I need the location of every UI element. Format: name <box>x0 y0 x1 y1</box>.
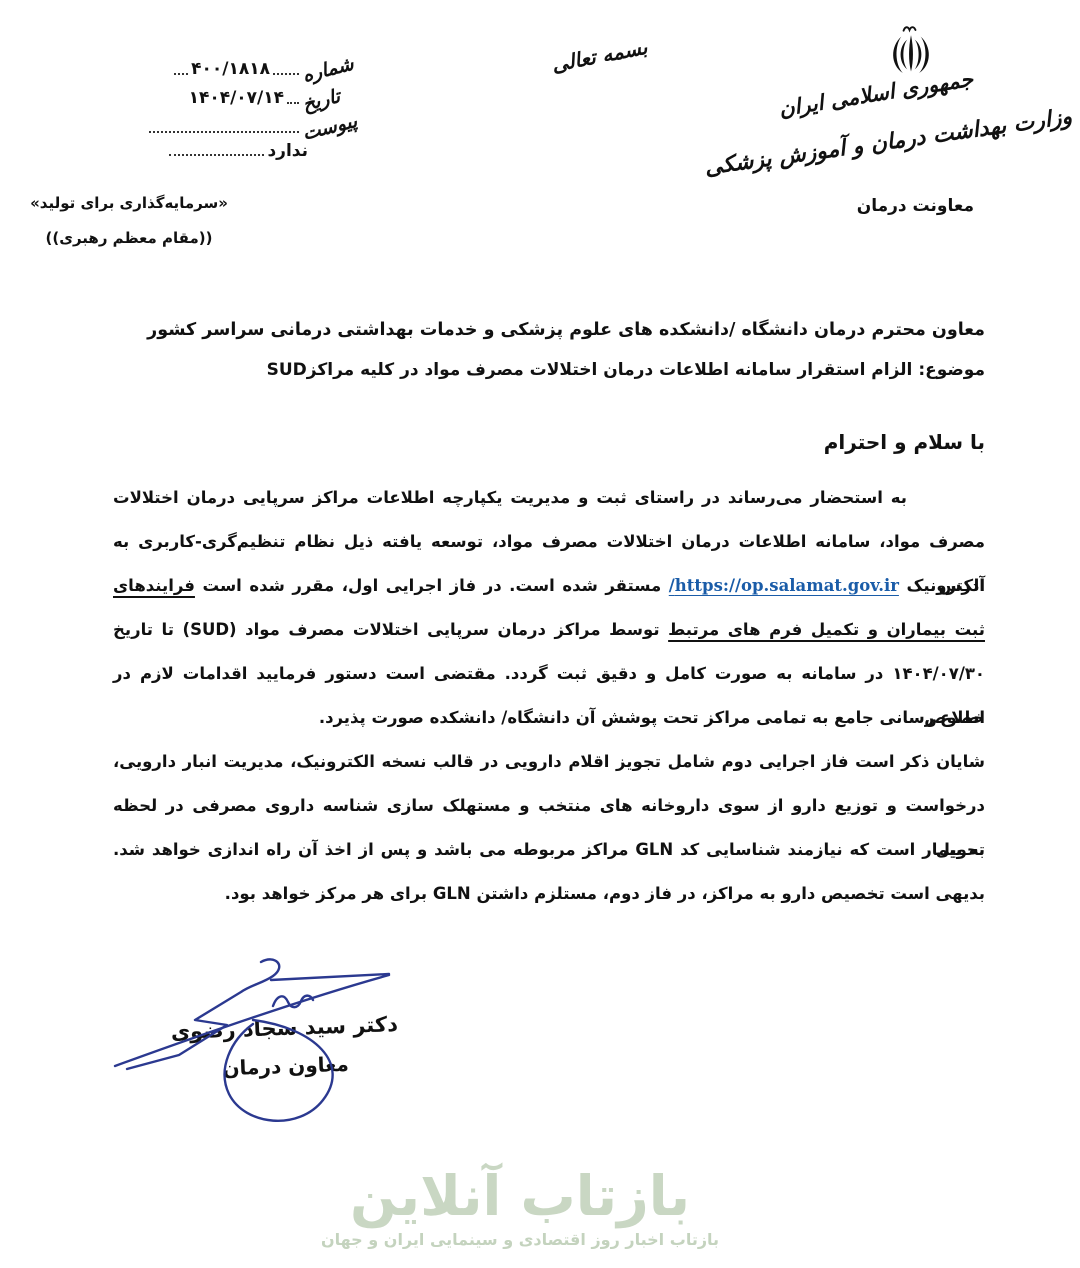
body-text-run: الکترونیک <box>899 576 985 595</box>
letter-number-value: ۴۰۰/۱۸۱۸ <box>191 59 270 79</box>
underlined-phrase: فرایندهای <box>113 576 195 595</box>
slogan-line-1: «سرمایه‌گذاری برای تولید» <box>24 186 234 221</box>
body-line-with-url: الکترونیک https://op.salamat.gov.ir/ مست… <box>113 564 985 608</box>
underlined-phrase: ثبت بیماران و تکمیل فرم های مرتبط <box>668 620 985 639</box>
dotted-leader <box>149 130 299 133</box>
body-line: شایان ذکر است فاز اجرایی دوم شامل تجویز … <box>113 740 985 784</box>
dotted-leader <box>169 153 264 156</box>
letter-content: معاون محترم درمان دانشگاه /دانشکده های ع… <box>113 320 985 916</box>
signature-block: دکتر سید سجاد رضوی معاون درمان <box>164 1012 406 1082</box>
salutation-line: با سلام و احترام <box>113 430 985 454</box>
slogan-line-2: ((مقام معظم رهبری)) <box>24 221 234 256</box>
body-line: بدیهی است تخصیص دارو به مراکز، در فاز دو… <box>113 872 985 916</box>
letter-date-row: تاریخ ۱۴۰۴/۰۷/۱۴ <box>60 87 360 109</box>
bismillah-calligraphy: بسمه تعالی <box>527 35 649 81</box>
subject-sud-abbrev: SUD <box>267 360 307 380</box>
government-title-calligraphy: جمهوری اسلامی ایران <box>777 67 974 121</box>
body-line: درخواست و توزیع دارو از سوی داروخانه های… <box>113 784 985 828</box>
body-line: ۱۴۰۴/۰۷/۳۰ در سامانه به صورت کامل و دقیق… <box>113 652 985 696</box>
recipient-line: معاون محترم درمان دانشگاه /دانشکده های ع… <box>113 320 985 340</box>
dotted-leader <box>287 101 299 104</box>
body-line: ثبت بیماران و تکمیل فرم های مرتبط توسط م… <box>113 608 985 652</box>
attachment-value-row: ندارد <box>60 141 360 161</box>
signer-name: دکتر سید سجاد رضوی <box>164 1012 405 1044</box>
letter-body: به استحضار می‌رساند در راستای ثبت و مدیر… <box>113 476 985 916</box>
letter-date-value: ۱۴۰۴/۰۷/۱۴ <box>189 88 284 108</box>
watermark-tagline: بازتاب اخبار روز اقتصادی و سینمایی ایران… <box>0 1230 1080 1249</box>
deputy-of-treatment-label: معاونت درمان <box>857 196 974 216</box>
letter-page: بسمه تعالی جمهوری اسلامی ایران وزارت بهد… <box>0 0 1080 1268</box>
baztab-online-watermark: بازتاب آنلاین بازتاب اخبار روز اقتصادی و… <box>0 1166 1080 1249</box>
subject-label: موضوع: <box>918 360 985 380</box>
body-line: به استحضار می‌رساند در راستای ثبت و مدیر… <box>113 476 985 520</box>
body-text-run: مستقر شده است. در فاز اجرایی اول، مقرر ش… <box>195 576 669 595</box>
salamat-portal-link[interactable]: https://op.salamat.gov.ir <box>675 576 899 595</box>
body-line: مصرف مواد، سامانه اطلاعات درمان اختلالات… <box>113 520 985 564</box>
signer-title: معاون درمان <box>165 1050 406 1082</box>
letter-number-row: شماره ۴۰۰/۱۸۱۸ <box>60 58 360 80</box>
watermark-logo-text: بازتاب آنلاین <box>0 1166 1080 1226</box>
dotted-leader <box>174 72 188 75</box>
iran-emblem-icon <box>888 24 934 76</box>
ministry-title-calligraphy: وزارت بهداشت درمان و آموزش پزشکی <box>704 104 1074 180</box>
dotted-leader <box>273 72 299 75</box>
subject-text: الزام استقرار سامانه اطلاعات درمان اختلا… <box>307 360 913 380</box>
body-line: به بیمار است که نیازمند شناسایی کد GLN م… <box>113 828 985 872</box>
subject-line: موضوع: الزام استقرار سامانه اطلاعات درما… <box>113 360 985 380</box>
year-slogan-block: «سرمایه‌گذاری برای تولید» ((مقام معظم ره… <box>24 186 234 256</box>
attachment-row: پیوست <box>60 116 360 138</box>
body-line: اطلاع رسانی جامع به تمامی مراکز تحت پوشش… <box>113 696 985 740</box>
attachment-value: ندارد <box>267 141 308 161</box>
letter-meta-block: شماره ۴۰۰/۱۸۱۸ تاریخ ۱۴۰۴/۰۷/۱۴ پیوست ند… <box>60 58 360 161</box>
body-text-run: توسط مراکز درمان سرپایی اختلالات مصرف مو… <box>113 620 668 639</box>
